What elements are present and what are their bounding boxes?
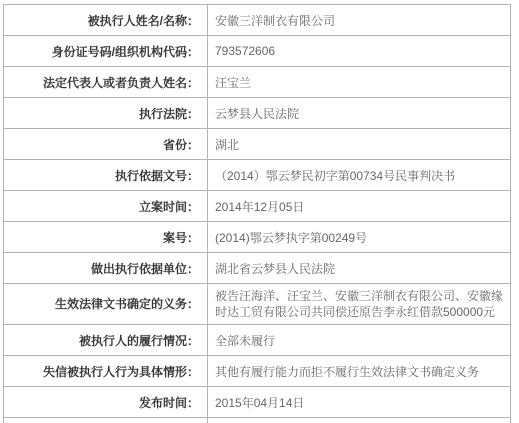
debtor-info-table: 被执行人姓名/名称： 安徽三洋制衣有限公司 身份证号码/组织机构代码： 7935… — [3, 4, 511, 423]
publish-date-value: 2015年04月14日 — [208, 387, 511, 418]
case-number-label: 案号： — [4, 222, 208, 253]
row-legal-representative: 法定代表人或者负责人姓名： 汪宝兰 — [4, 67, 511, 98]
performance-status-value: 全部未履行 — [208, 325, 511, 356]
row-performance-status: 被执行人的履行情况： 全部未履行 — [4, 325, 511, 356]
enforcement-court-label: 执行法院： — [4, 98, 208, 129]
row-legal-obligation: 生效法律文书确定的义务： 被告汪海洋、汪宝兰、安徽三洋制衣有限公司、安徽缘时达工… — [4, 284, 511, 325]
partial-cutoff-label — [4, 418, 208, 423]
dishonest-behavior-value: 其他有履行能力而拒不履行生效法律文书确定义务 — [208, 356, 511, 387]
row-dishonest-behavior: 失信被执行人行为具体情形： 其他有履行能力而拒不履行生效法律文书确定义务 — [4, 356, 511, 387]
filing-date-value: 2014年12月05日 — [208, 191, 511, 222]
case-number-value: (2014)鄂云梦执字第00249号 — [208, 222, 511, 253]
legal-obligation-label: 生效法律文书确定的义务： — [4, 284, 208, 325]
legal-obligation-value: 被告汪海洋、汪宝兰、安徽三洋制衣有限公司、安徽缘时达工贸有限公司共同偿还原告李永… — [208, 284, 511, 325]
enforcement-basis-unit-value: 湖北省云梦县人民法院 — [208, 253, 511, 284]
row-enforcement-basis-doc-no: 执行依据文号： （2014）鄂云梦民初字第00734号民事判决书 — [4, 160, 511, 191]
executed-person-name-value: 安徽三洋制衣有限公司 — [208, 5, 511, 36]
partial-cutoff-value — [208, 418, 511, 423]
enforcement-basis-doc-no-label: 执行依据文号： — [4, 160, 208, 191]
id-org-code-value: 793572606 — [208, 36, 511, 67]
row-enforcement-basis-unit: 做出执行依据单位： 湖北省云梦县人民法院 — [4, 253, 511, 284]
row-partial-cutoff — [4, 418, 511, 423]
publish-date-label: 发布时间： — [4, 387, 208, 418]
row-province: 省份： 湖北 — [4, 129, 511, 160]
legal-representative-label: 法定代表人或者负责人姓名： — [4, 67, 208, 98]
row-executed-person-name: 被执行人姓名/名称： 安徽三洋制衣有限公司 — [4, 5, 511, 36]
id-org-code-label: 身份证号码/组织机构代码： — [4, 36, 208, 67]
filing-date-label: 立案时间： — [4, 191, 208, 222]
performance-status-label: 被执行人的履行情况： — [4, 325, 208, 356]
dishonest-behavior-label: 失信被执行人行为具体情形： — [4, 356, 208, 387]
row-filing-date: 立案时间： 2014年12月05日 — [4, 191, 511, 222]
province-label: 省份： — [4, 129, 208, 160]
row-case-number: 案号： (2014)鄂云梦执字第00249号 — [4, 222, 511, 253]
enforcement-basis-doc-no-value: （2014）鄂云梦民初字第00734号民事判决书 — [208, 160, 511, 191]
row-publish-date: 发布时间： 2015年04月14日 — [4, 387, 511, 418]
province-value: 湖北 — [208, 129, 511, 160]
enforcement-court-value: 云梦县人民法院 — [208, 98, 511, 129]
row-id-org-code: 身份证号码/组织机构代码： 793572606 — [4, 36, 511, 67]
row-enforcement-court: 执行法院： 云梦县人民法院 — [4, 98, 511, 129]
executed-person-name-label: 被执行人姓名/名称： — [4, 5, 208, 36]
legal-representative-value: 汪宝兰 — [208, 67, 511, 98]
enforcement-basis-unit-label: 做出执行依据单位： — [4, 253, 208, 284]
